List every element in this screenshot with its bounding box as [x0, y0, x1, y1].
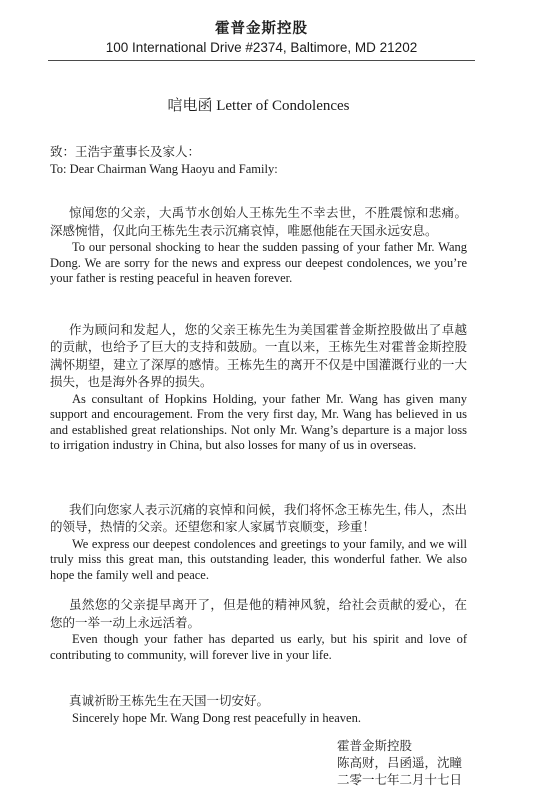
company-name: 霍普金斯控股	[48, 20, 475, 39]
paragraph-3: 我们向您家人表示沉痛的哀悼和问候，我们将怀念王栋先生, 伟人，杰出的领导，热情的…	[50, 502, 467, 584]
signature-date: 二零一七年二月十七日	[337, 772, 467, 789]
salutation-en: To: Dear Chairman Wang Haoyu and Family:	[50, 161, 467, 178]
paragraph-2-english: As consultant of Hopkins Holding, your f…	[50, 392, 467, 454]
paragraph-1: 惊闻您的父亲，大禹节水创始人王栋先生不幸去世，不胜震惊和悲痛。 深感惋惜，仅此向…	[50, 205, 467, 287]
paragraph-5-chinese: 真诚祈盼王栋先生在天国一切安好。	[50, 693, 467, 711]
salutation-cn: 致：王浩宇董事长及家人：	[50, 144, 467, 161]
letter-page: 霍普金斯控股 100 International Drive #2374, Ba…	[0, 0, 537, 800]
paragraph-2: 作为顾问和发起人，您的父亲王栋先生为美国霍普金斯控股做出了卓越的贡献，也给予了巨…	[50, 322, 467, 454]
paragraph-3-english: We express our deepest condolences and g…	[50, 537, 467, 584]
signature-block: 霍普金斯控股 陈高财，吕函遥，沈瞳 二零一七年二月十七日	[337, 738, 467, 789]
paragraph-4: 虽然您的父亲提早离开了，但是他的精神风貌，给社会贡献的爱心，在您的一举一动上永远…	[50, 597, 467, 663]
company-address: 100 International Drive #2374, Baltimore…	[48, 39, 475, 57]
paragraph-4-english: Even though your father has departed us …	[50, 632, 467, 663]
paragraph-5-english: Sincerely hope Mr. Wang Dong rest peacef…	[50, 711, 467, 727]
signature-company: 霍普金斯控股	[337, 738, 467, 755]
letterhead: 霍普金斯控股 100 International Drive #2374, Ba…	[48, 20, 475, 61]
paragraph-2-chinese: 作为顾问和发起人，您的父亲王栋先生为美国霍普金斯控股做出了卓越的贡献，也给予了巨…	[50, 322, 467, 392]
signature-names: 陈高财，吕函遥，沈瞳	[337, 755, 467, 772]
paragraph-3-chinese: 我们向您家人表示沉痛的哀悼和问候，我们将怀念王栋先生, 伟人，杰出的领导，热情的…	[50, 502, 467, 537]
paragraph-1-english: To our personal shocking to hear the sud…	[50, 240, 467, 287]
letter-title: 唁电函 Letter of Condolences	[50, 97, 467, 115]
paragraph-1-chinese: 惊闻您的父亲，大禹节水创始人王栋先生不幸去世，不胜震惊和悲痛。 深感惋惜，仅此向…	[50, 205, 467, 240]
paragraph-4-chinese: 虽然您的父亲提早离开了，但是他的精神风貌，给社会贡献的爱心，在您的一举一动上永远…	[50, 597, 467, 632]
paragraph-5: 真诚祈盼王栋先生在天国一切安好。 Sincerely hope Mr. Wang…	[50, 693, 467, 726]
